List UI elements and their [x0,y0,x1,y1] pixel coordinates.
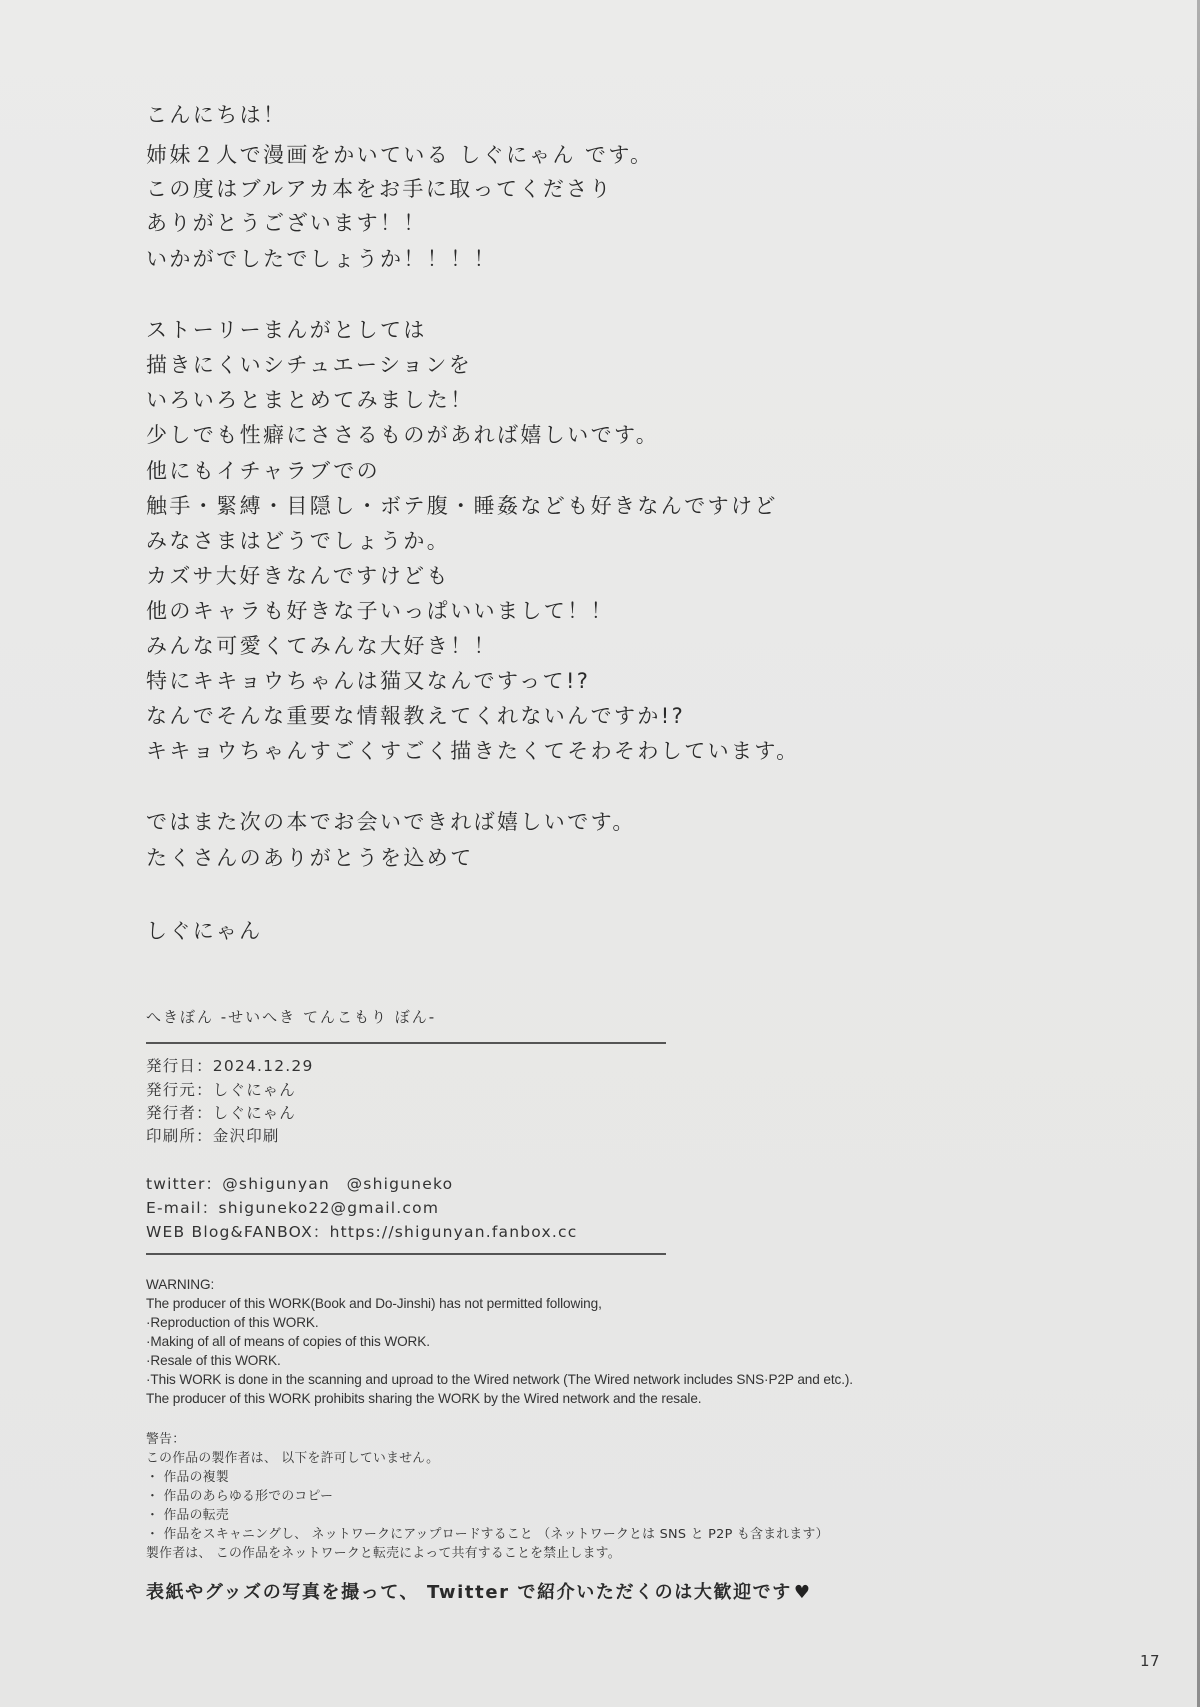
message-line: 姉妹２人で漫画をかいている しぐにゃん です。 [146,142,653,168]
warning-line: The producer of this WORK prohibits shar… [146,1391,702,1406]
message-line: ストーリーまんがとしては [146,317,427,343]
divider [146,1253,666,1255]
warning-line: The producer of this WORK(Book and Do-Ji… [146,1296,602,1311]
divider [146,1042,666,1044]
message-line: 少しでも性癖にささるものがあれば嬉しいです。 [146,422,659,448]
message-line: キキョウちゃんすごくすごく描きたくてそわそわしています。 [146,738,800,764]
warning-line: ・ 作品の転売 [146,1504,229,1523]
message-line: ではまた次の本でお会いできれば嬉しいです。 [146,809,636,835]
heart-icon: ♥ [794,1582,812,1603]
warning-line: ・ 作品のあらゆる形でのコピー [146,1485,333,1504]
message-line: みんな可愛くてみんな大好き！！ [146,633,497,659]
message-line: 特にキキョウちゃんは猫又なんですって!? [146,668,590,694]
message-line: 他にもイチャラブでの [146,458,380,484]
web-link: WEB Blog&FANBOX：https://shigunyan.fanbox… [146,1220,577,1242]
message-line: 描きにくいシチュエーションを [146,352,472,378]
signature: しぐにゃん [146,918,263,944]
message-line: こんにちは！ [146,102,286,128]
warning-line: ・ 作品をスキャニングし、 ネットワークにアップロードすること （ネットワークと… [146,1523,829,1542]
message-line: なんでそんな重要な情報教えてくれないんですか!? [146,703,685,729]
message-line: カズサ大好きなんですけども [146,563,450,589]
message-line: 他のキャラも好きな子いっぱいいまして！！ [146,598,614,624]
message-line: この度はブルアカ本をお手に取ってくださり [146,176,613,202]
warning-line: ·Reproduction of this WORK. [146,1315,319,1330]
warning-line: ・ 作品の複製 [146,1466,229,1485]
footer-note: 表紙やグッズの写真を撮って、 Twitter で紹介いただくのは大歓迎です♥ [146,1578,812,1604]
warning-line: ·This WORK is done in the scanning and u… [146,1372,853,1387]
warning-line: 製作者は、 この作品をネットワークと転売によって共有することを禁止します。 [146,1542,621,1561]
message-line: たくさんのありがとうを込めて [146,845,474,871]
publish-date: 発行日：2024.12.29 [146,1054,314,1076]
message-line: みなさまはどうでしょうか。 [146,528,450,554]
warning-heading: WARNING: [146,1277,214,1292]
document-page: こんにちは！ 姉妹２人で漫画をかいている しぐにゃん です。 この度はブルアカ本… [0,0,1200,1707]
twitter-handles: twitter：@shigunyan @shiguneko [146,1172,453,1194]
warning-line: ·Making of all of means of copies of thi… [146,1334,430,1349]
warning-line: ·Resale of this WORK. [146,1353,281,1368]
warning-heading: 警告： [146,1428,185,1447]
publisher: 発行元：しぐにゃん [146,1078,296,1100]
message-line: ありがとうございます！！ [146,210,427,236]
message-line: 触手・緊縛・目隠し・ボテ腹・睡姦なども好きなんですけど [146,493,778,519]
message-line: いろいろとまとめてみました！ [146,387,474,413]
warning-line: この作品の製作者は、 以下を許可していません。 [146,1447,439,1466]
book-title: へきぼん -せいへき てんこもり ぼん- [146,1006,436,1027]
message-line: いかがでしたでしょうか！！！！ [146,246,497,272]
printer: 印刷所：金沢印刷 [146,1124,280,1146]
issuer: 発行者：しぐにゃん [146,1101,296,1123]
page-number: 17 [1140,1652,1160,1670]
footer-note-text: 表紙やグッズの写真を撮って、 Twitter で紹介いただくのは大歓迎です [146,1582,792,1603]
email-address: E-mail：shiguneko22@gmail.com [146,1196,439,1218]
